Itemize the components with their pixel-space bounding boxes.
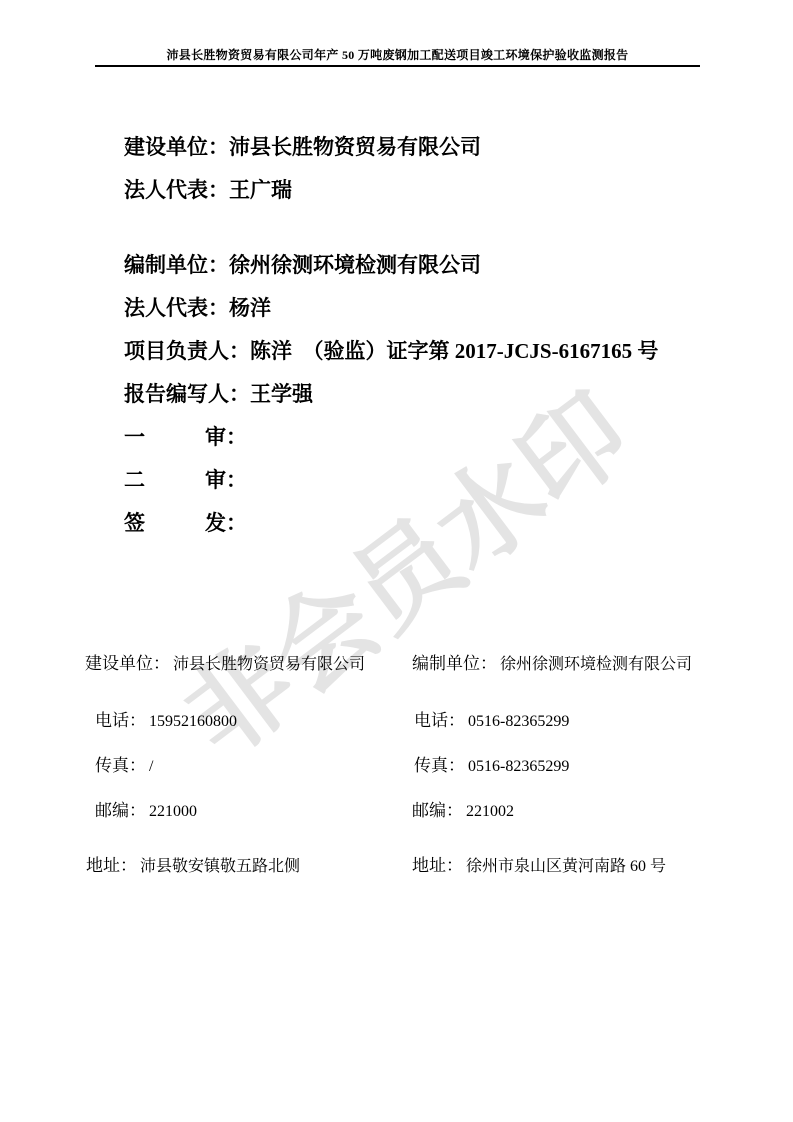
right-unit-label: 编制单位： <box>412 654 497 673</box>
left-zip-value: 221000 <box>149 803 197 820</box>
left-fax-value: / <box>149 758 153 775</box>
compiling-unit-line: 编制单位：徐州徐测环境检测有限公司 <box>124 244 658 287</box>
left-phone-label: 电话： <box>95 711 146 730</box>
document-page: 非会员水印 沛县长胜物资贸易有限公司年产 50 万吨废钢加工配送项目竣工环境保护… <box>0 0 793 1122</box>
right-fax-row: 传真：0516-82365299 <box>414 751 569 776</box>
first-review-line: 一审： <box>124 416 658 459</box>
left-unit-value: 沛县长胜物资贸易有限公司 <box>173 656 365 673</box>
builder-info-block: 建设单位：沛县长胜物资贸易有限公司 法人代表：王广瑞 <box>124 126 481 212</box>
right-fax-label: 传真： <box>414 756 465 775</box>
second-review-suffix: 审： <box>205 468 247 492</box>
first-review-suffix: 审： <box>205 425 247 449</box>
compiler-legal-rep-line: 法人代表：杨洋 <box>124 287 658 330</box>
compiler-info-block: 编制单位：徐州徐测环境检测有限公司 法人代表：杨洋 项目负责人：陈洋 （验监）证… <box>124 244 658 545</box>
second-review-line: 二审： <box>124 459 658 502</box>
header-divider <box>95 65 700 67</box>
right-zip-value: 221002 <box>466 803 514 820</box>
left-unit-label: 建设单位： <box>85 654 170 673</box>
right-address-label: 地址： <box>412 856 463 875</box>
page-header-title: 沛县长胜物资贸易有限公司年产 50 万吨废钢加工配送项目竣工环境保护验收监测报告 <box>95 46 700 63</box>
sign-issue-line: 签发： <box>124 502 658 545</box>
right-unit-value: 徐州徐测环境检测有限公司 <box>500 656 692 673</box>
builder-legal-rep-line: 法人代表：王广瑞 <box>124 169 481 212</box>
right-fax-value: 0516-82365299 <box>468 758 569 775</box>
project-leader-line: 项目负责人：陈洋 （验监）证字第 2017-JCJS-6167165 号 <box>124 330 658 373</box>
right-phone-label: 电话： <box>414 711 465 730</box>
right-zip-label: 邮编： <box>412 801 463 820</box>
left-phone-value: 15952160800 <box>149 713 237 730</box>
left-zip-row: 邮编：221000 <box>95 796 197 821</box>
second-review-label: 二 <box>124 459 205 502</box>
left-address-value: 沛县敬安镇敬五路北侧 <box>140 858 300 875</box>
right-zip-row: 邮编：221002 <box>412 796 514 821</box>
left-address-label: 地址： <box>86 856 137 875</box>
sign-issue-suffix: 发： <box>205 511 247 535</box>
left-phone-row: 电话：15952160800 <box>95 706 237 731</box>
sign-issue-label: 签 <box>124 502 205 545</box>
left-fax-label: 传真： <box>95 756 146 775</box>
left-zip-label: 邮编： <box>95 801 146 820</box>
report-writer-line: 报告编写人：王学强 <box>124 373 658 416</box>
right-phone-value: 0516-82365299 <box>468 713 569 730</box>
right-phone-row: 电话：0516-82365299 <box>414 706 569 731</box>
right-address-row: 地址：徐州市泉山区黄河南路 60 号 <box>412 851 666 876</box>
left-fax-row: 传真：/ <box>95 751 153 776</box>
first-review-label: 一 <box>124 416 205 459</box>
right-unit-row: 编制单位：徐州徐测环境检测有限公司 <box>412 649 692 674</box>
right-address-value: 徐州市泉山区黄河南路 60 号 <box>466 858 666 875</box>
construction-unit-line: 建设单位：沛县长胜物资贸易有限公司 <box>124 126 481 169</box>
left-address-row: 地址：沛县敬安镇敬五路北侧 <box>86 851 300 876</box>
left-unit-row: 建设单位：沛县长胜物资贸易有限公司 <box>85 649 365 674</box>
